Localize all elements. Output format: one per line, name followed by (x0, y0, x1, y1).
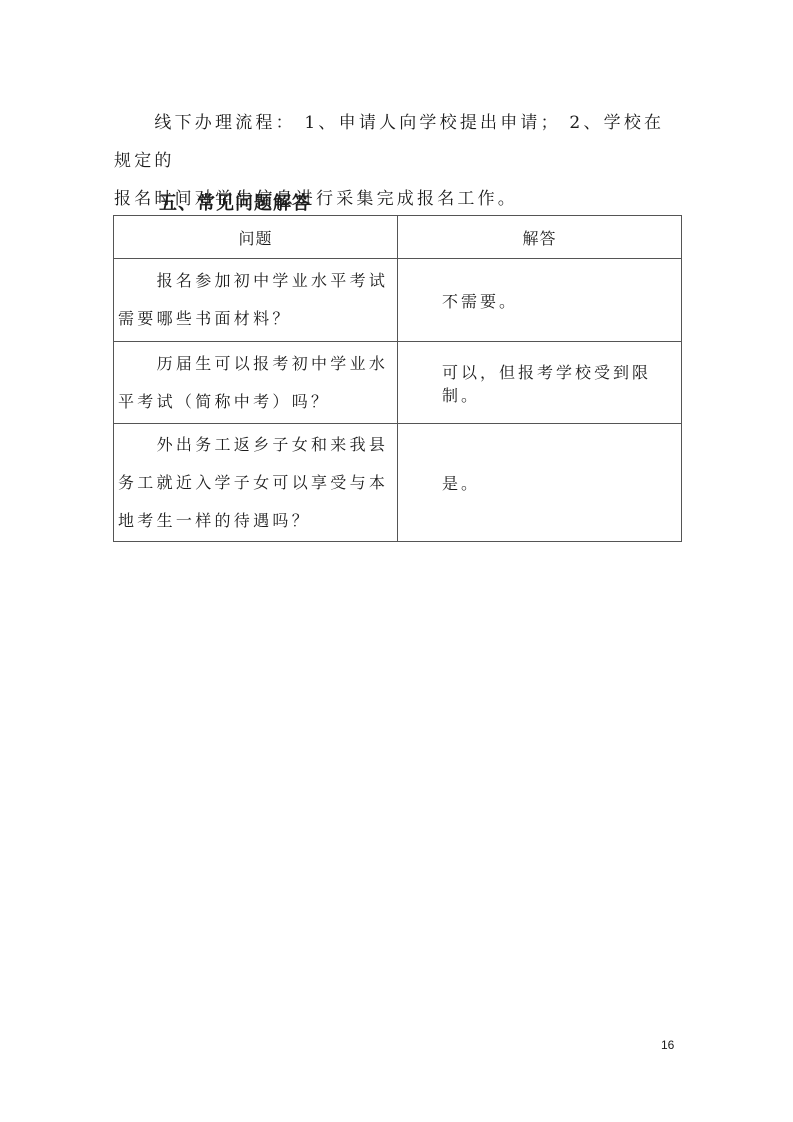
table-row: 报名参加初中学业水平考试需要哪些书面材料？ 不需要。 (114, 259, 682, 342)
answer-cell: 可以，但报考学校受到限制。 (398, 342, 682, 424)
answer-cell: 不需要。 (398, 259, 682, 342)
paragraph-line: 线下办理流程： 1、申请人向学校提出申请； 2、学校在规定的 (114, 104, 682, 180)
table-row: 外出务工返乡子女和来我县务工就近入学子女可以享受与本地考生一样的待遇吗？ 是。 (114, 424, 682, 542)
header-answer: 解答 (398, 216, 682, 259)
table-row: 历届生可以报考初中学业水平考试（简称中考）吗？ 可以，但报考学校受到限制。 (114, 342, 682, 424)
answer-cell: 是。 (398, 424, 682, 542)
table-header-row: 问题 解答 (114, 216, 682, 259)
section-heading: 五、常见问题解答 (159, 189, 311, 215)
question-cell: 报名参加初中学业水平考试需要哪些书面材料？ (114, 259, 398, 342)
question-cell: 外出务工返乡子女和来我县务工就近入学子女可以享受与本地考生一样的待遇吗？ (114, 424, 398, 542)
header-question: 问题 (114, 216, 398, 259)
faq-table: 问题 解答 报名参加初中学业水平考试需要哪些书面材料？ 不需要。 历届生可以报考… (113, 215, 682, 542)
page-number: 16 (661, 1038, 674, 1052)
question-cell: 历届生可以报考初中学业水平考试（简称中考）吗？ (114, 342, 398, 424)
